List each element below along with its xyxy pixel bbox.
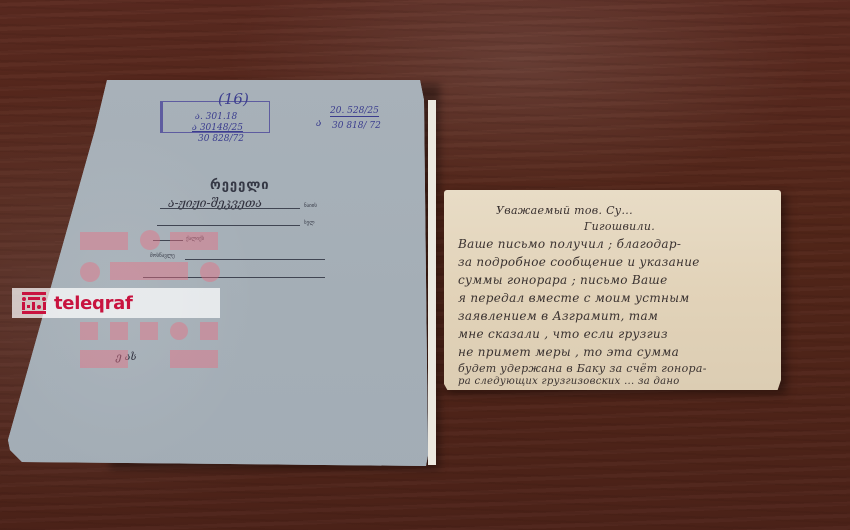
- card-line: заявлением в Азграмит, там: [458, 309, 658, 323]
- form-line: [160, 208, 300, 209]
- form-line: [157, 225, 300, 226]
- card-line: будет удержана в Баку за счёт гонора-: [458, 362, 707, 375]
- right-code-top: 20. 528/25: [330, 106, 379, 117]
- card-line: Ваше письмо получил ; благодар-: [458, 237, 681, 251]
- card-line: суммы гонорара ; письмо Ваше: [458, 273, 667, 287]
- teleqraf-logo-icon: [22, 292, 46, 314]
- card-line: Гигошвили.: [584, 220, 655, 233]
- stamp-line: ა. 301.18: [195, 112, 237, 122]
- right-code-prefix: ა: [316, 118, 322, 129]
- card-line: за подробное сообщение и указание: [458, 255, 700, 269]
- folder-inner-page-edge: [428, 100, 436, 465]
- watermark-brand: teleqraf: [54, 293, 133, 314]
- card-line: не примет меры , то эта сумма: [458, 345, 679, 359]
- card-line: я передал вместе с моим устным: [458, 291, 690, 305]
- field-label: სულ: [304, 220, 315, 226]
- right-code-bottom: 30 818/ 72: [332, 121, 381, 131]
- card-line: ра следующих грузгизовских ... за дано: [458, 376, 680, 387]
- card-line: Уважаемый тов. Су...: [496, 204, 633, 217]
- field-label: მოსწავლე: [150, 253, 175, 259]
- field-label: ნაიის: [304, 203, 317, 209]
- stamp-number: (16): [218, 90, 249, 108]
- stamp-line: ა 30148/25: [192, 123, 243, 133]
- folder-title: რეეელი: [210, 178, 270, 193]
- stamp-line: 30 828/72: [198, 134, 244, 144]
- form-line: [185, 259, 325, 260]
- card-line: мне сказали , что если грузгиз: [458, 327, 668, 341]
- handwritten-card: Уважаемый тов. Су... Гигошвили. Ваше пис…: [444, 190, 781, 390]
- teleqraf-watermark: teleqraf: [12, 288, 220, 318]
